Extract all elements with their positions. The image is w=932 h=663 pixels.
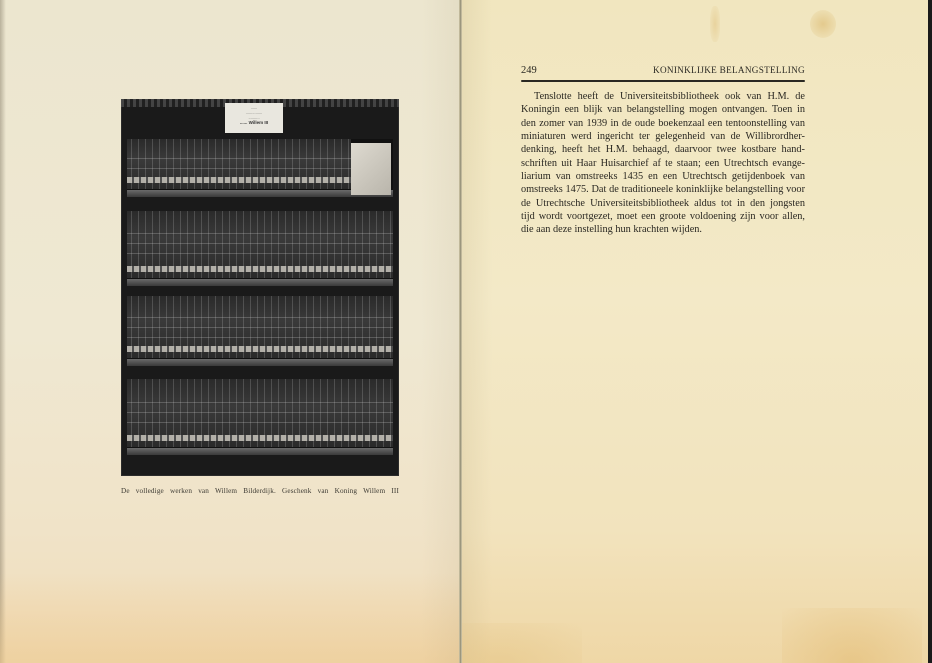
chapter-title: KONINKLIJKE BELANGSTELLING <box>653 65 805 75</box>
page-number: 249 <box>521 65 537 76</box>
shelf-4 <box>127 379 393 455</box>
book-spine-bands <box>127 149 351 177</box>
bookcase-photo: ...... ............... .......... ......… <box>121 99 399 476</box>
paper-stain <box>0 573 461 663</box>
text-line: miniaturen werd ingericht ter gelegenhei… <box>521 130 805 143</box>
book-row <box>127 139 351 189</box>
shelf-rail <box>127 279 393 286</box>
paper-stain <box>782 608 922 663</box>
header-rule <box>521 80 805 82</box>
book-row <box>127 211 393 278</box>
label-line-bold: ...... Willem III <box>225 120 283 125</box>
shelf-2 <box>127 211 393 286</box>
text-line: die aan deze instelling hun krachten wij… <box>521 223 805 236</box>
text-line: Koningin een blijk van belangstelling mo… <box>521 103 805 116</box>
text-line: liarium van omstreeks 1435 en een Utrech… <box>521 170 805 183</box>
paper-stain <box>810 10 836 38</box>
book-spine-bands <box>127 308 393 342</box>
book-spine-labels <box>127 177 351 183</box>
shelf-rail <box>127 359 393 366</box>
book-spine-labels <box>127 435 393 441</box>
running-header: 249 KONINKLIJKE BELANGSTELLING <box>521 64 805 78</box>
paper-stain <box>710 6 720 42</box>
body-paragraph: Tenslotte heeft de Universiteitsbiblioth… <box>521 90 805 237</box>
book-spine-labels <box>127 266 393 272</box>
page-edge-shadow <box>0 0 6 663</box>
shelf-end-panel <box>351 143 391 195</box>
text-line: denking, heeft het H.M. behaagd, daarvoo… <box>521 143 805 156</box>
text-line: tijd wordt voortgezet, moet een groote v… <box>521 210 805 223</box>
text-line: den zomer van 1939 in de oude boekenzaal… <box>521 117 805 130</box>
shelf-rail <box>127 448 393 455</box>
text-line: de Utrechtsche Universiteitsbibliotheek … <box>521 197 805 210</box>
text-line: omstreeks 1475. Dat de traditioneele kon… <box>521 183 805 196</box>
paper-stain <box>462 623 582 663</box>
book-spine-bands <box>127 393 393 430</box>
text-line: schriften uit Haar Huisarchief af te sta… <box>521 157 805 170</box>
book-spine-bands <box>127 224 393 261</box>
left-page: ...... ............... .......... ......… <box>0 0 461 663</box>
book-row <box>127 296 393 358</box>
text-line: Tenslotte heeft de Universiteitsbiblioth… <box>521 90 805 103</box>
book-row <box>127 379 393 447</box>
book-spread: ...... ............... .......... ......… <box>0 0 932 663</box>
shelf-3 <box>127 296 393 366</box>
book-spine-labels <box>127 346 393 352</box>
scan-edge <box>928 0 932 663</box>
shelf-label-card: ...... ............... .......... ......… <box>225 103 283 133</box>
photo-caption: De volledige werken van Willem Bilderdij… <box>121 487 399 495</box>
